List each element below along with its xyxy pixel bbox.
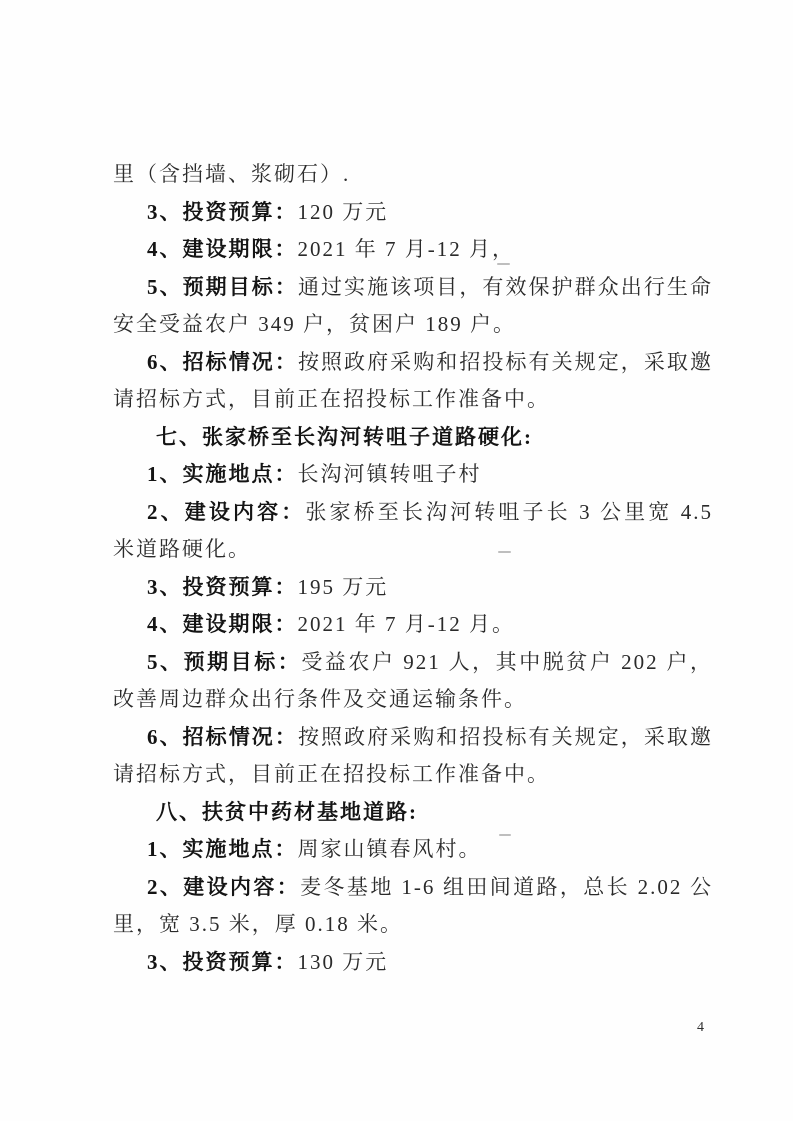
paragraph: 5、预期目标：受益农户 921 人，其中脱贫户 202 户，改善周边群众出行条件… (113, 644, 713, 719)
paragraph: 4、建设期限：2021 年 7 月-12 月， (113, 231, 713, 269)
paragraph: 3、投资预算：130 万元 (113, 944, 713, 982)
label-text: 2、建设内容： (147, 500, 305, 524)
body-text: 周家山镇春风村。 (298, 837, 482, 861)
body-text: 195 万元 (298, 575, 389, 599)
label-text: 3、投资预算： (147, 575, 298, 599)
label-text: 4、建设期限： (147, 612, 298, 636)
body-text: 长沟河镇转咀子村 (298, 462, 482, 486)
paragraph: 1、实施地点：周家山镇春风村。 (113, 831, 713, 869)
label-text: 2、建设内容： (147, 875, 300, 899)
paragraph: 4、建设期限：2021 年 7 月-12 月。 (113, 606, 713, 644)
paragraph: 3、投资预算：195 万元 (113, 569, 713, 607)
body-text: 130 万元 (298, 950, 389, 974)
label-text: 1、实施地点： (147, 837, 298, 861)
paragraph: 5、预期目标：通过实施该项目，有效保护群众出行生命安全受益农户 349 户，贫困… (113, 269, 713, 344)
scanned-page: 里（含挡墙、浆砌石）.3、投资预算：120 万元4、建设期限：2021 年 7 … (0, 0, 793, 1121)
section-heading: 八、扶贫中药材基地道路: (113, 794, 713, 832)
label-text: 4、建设期限： (147, 237, 298, 261)
body-text: 2021 年 7 月-12 月。 (298, 612, 516, 636)
label-text: 5、预期目标： (147, 275, 298, 299)
paragraph: 6、招标情况：按照政府采购和招投标有关规定，采取邀请招标方式，目前正在招投标工作… (113, 344, 713, 419)
paragraph: 6、招标情况：按照政府采购和招投标有关规定，采取邀请招标方式，目前正在招投标工作… (113, 719, 713, 794)
scan-artifact-dash (497, 263, 510, 265)
body-text: 120 万元 (298, 200, 389, 224)
body-text: 里（含挡墙、浆砌石）. (113, 162, 350, 186)
label-text: 1、实施地点： (147, 462, 298, 486)
paragraph: 2、建设内容：张家桥至长沟河转咀子长 3 公里宽 4.5 米道路硬化。 (113, 494, 713, 569)
paragraph: 里（含挡墙、浆砌石）. (113, 156, 713, 194)
scan-artifact-dash (498, 551, 511, 553)
label-text: 5、预期目标： (147, 650, 301, 674)
paragraph: 2、建设内容：麦冬基地 1-6 组田间道路，总长 2.02 公里，宽 3.5 米… (113, 869, 713, 944)
page-number: 4 (697, 1020, 704, 1036)
scan-artifact-dash (499, 834, 511, 836)
paragraph: 3、投资预算：120 万元 (113, 194, 713, 232)
section-heading: 七、张家桥至长沟河转咀子道路硬化: (113, 419, 713, 457)
label-text: 八、扶贫中药材基地道路: (156, 800, 418, 824)
label-text: 6、招标情况： (147, 725, 298, 749)
label-text: 3、投资预算： (147, 200, 298, 224)
label-text: 3、投资预算： (147, 950, 298, 974)
label-text: 七、张家桥至长沟河转咀子道路硬化: (156, 425, 533, 449)
body-text: 2021 年 7 月-12 月， (298, 237, 516, 261)
document-body: 里（含挡墙、浆砌石）.3、投资预算：120 万元4、建设期限：2021 年 7 … (113, 156, 713, 981)
paragraph: 1、实施地点：长沟河镇转咀子村 (113, 456, 713, 494)
label-text: 6、招标情况： (147, 350, 298, 374)
